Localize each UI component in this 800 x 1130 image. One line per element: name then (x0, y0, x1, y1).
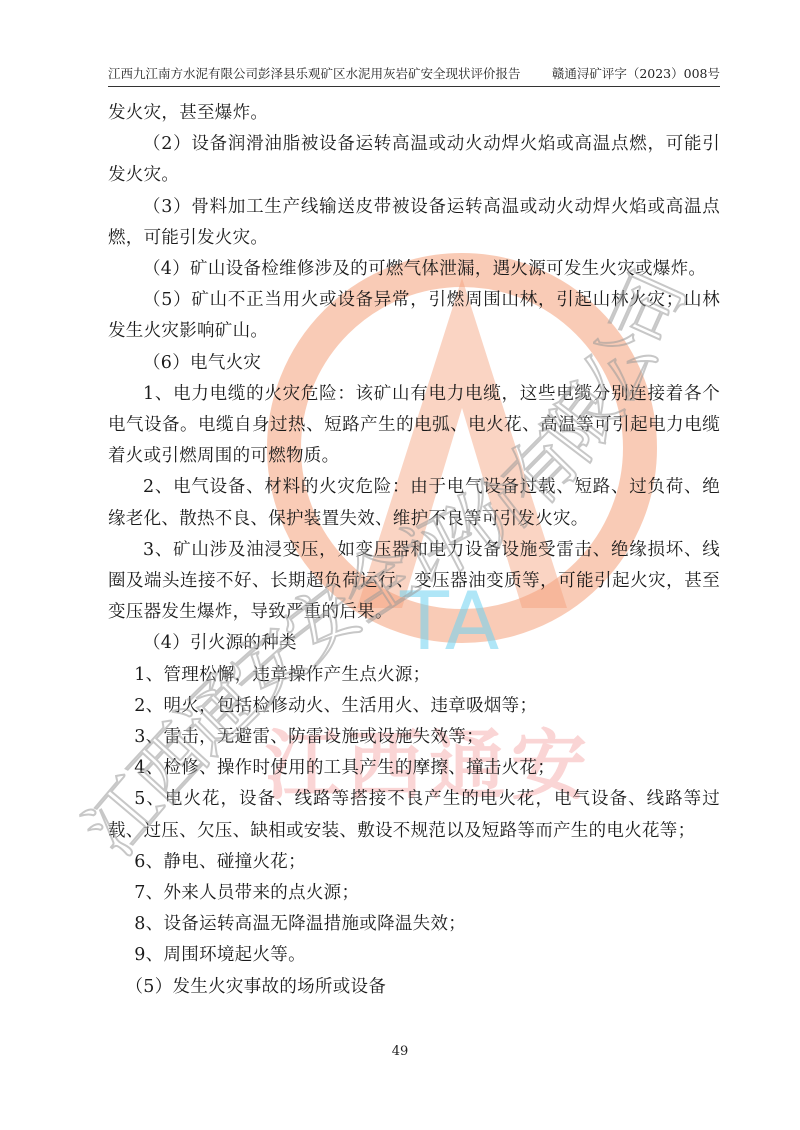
running-header: 江西九江南方水泥有限公司彭泽县乐观矿区水泥用灰岩矿安全现状评价报告 赣通浔矿评字… (108, 66, 720, 87)
paragraph: （4）矿山设备检维修涉及的可燃气体泄漏，遇火源可发生火灾或爆炸。 (108, 254, 720, 285)
document-page: 江西九江南方水泥有限公司彭泽县乐观矿区水泥用灰岩矿安全现状评价报告 赣通浔矿评字… (0, 0, 800, 1130)
list-item: 3、雷击，无避雷、防雷设施或设施失效等； (108, 722, 720, 753)
list-item: 1、管理松懈，违章操作产生点火源； (108, 660, 720, 691)
list-item: 8、设备运转高温无降温措施或降温失效； (108, 909, 720, 940)
paragraph: （5）矿山不正当用火或设备异常，引燃周围山林，引起山林火灾；山林发生火灾影响矿山… (108, 285, 720, 347)
section-heading: （5）发生火灾事故的场所或设备 (108, 972, 720, 1003)
paragraph: 3、矿山涉及油浸变压，如变压器和电力设备设施受雷击、绝缘损坏、线圈及端头连接不好… (108, 535, 720, 629)
paragraph: （2）设备润滑油脂被设备运转高温或动火动焊火焰或高温点燃，可能引发火灾。 (108, 129, 720, 191)
page-number: 49 (0, 1044, 800, 1059)
paragraph: 发火灾，甚至爆炸。 (108, 98, 720, 129)
list-item: 5、电火花，设备、线路等搭接不良产生的电火花，电气设备、线路等过载、过压、欠压、… (108, 784, 720, 846)
report-title: 江西九江南方水泥有限公司彭泽县乐观矿区水泥用灰岩矿安全现状评价报告 (108, 66, 521, 86)
list-item: 7、外来人员带来的点火源； (108, 878, 720, 909)
body-content: 发火灾，甚至爆炸。 （2）设备润滑油脂被设备运转高温或动火动焊火焰或高温点燃，可… (108, 98, 720, 1003)
list-item: 4、检修、操作时使用的工具产生的摩擦、撞击火花； (108, 753, 720, 784)
list-item: 2、明火，包括检修动火、生活用火、违章吸烟等； (108, 691, 720, 722)
list-item: 6、静电、碰撞火花； (108, 847, 720, 878)
section-heading: （4）引火源的种类 (108, 628, 720, 659)
paragraph: 2、电气设备、材料的火灾危险：由于电气设备过载、短路、过负荷、绝缘老化、散热不良… (108, 472, 720, 534)
document-number: 赣通浔矿评字（2023）008号 (552, 66, 720, 86)
paragraph: 1、电力电缆的火灾危险：该矿山有电力电缆，这些电缆分别连接着各个电气设备。电缆自… (108, 379, 720, 473)
paragraph: （3）骨料加工生产线输送皮带被设备运转高温或动火动焊火焰或高温点燃，可能引发火灾… (108, 192, 720, 254)
list-item: 9、周围环境起火等。 (108, 940, 720, 971)
section-heading: （6）电气火灾 (108, 348, 720, 379)
